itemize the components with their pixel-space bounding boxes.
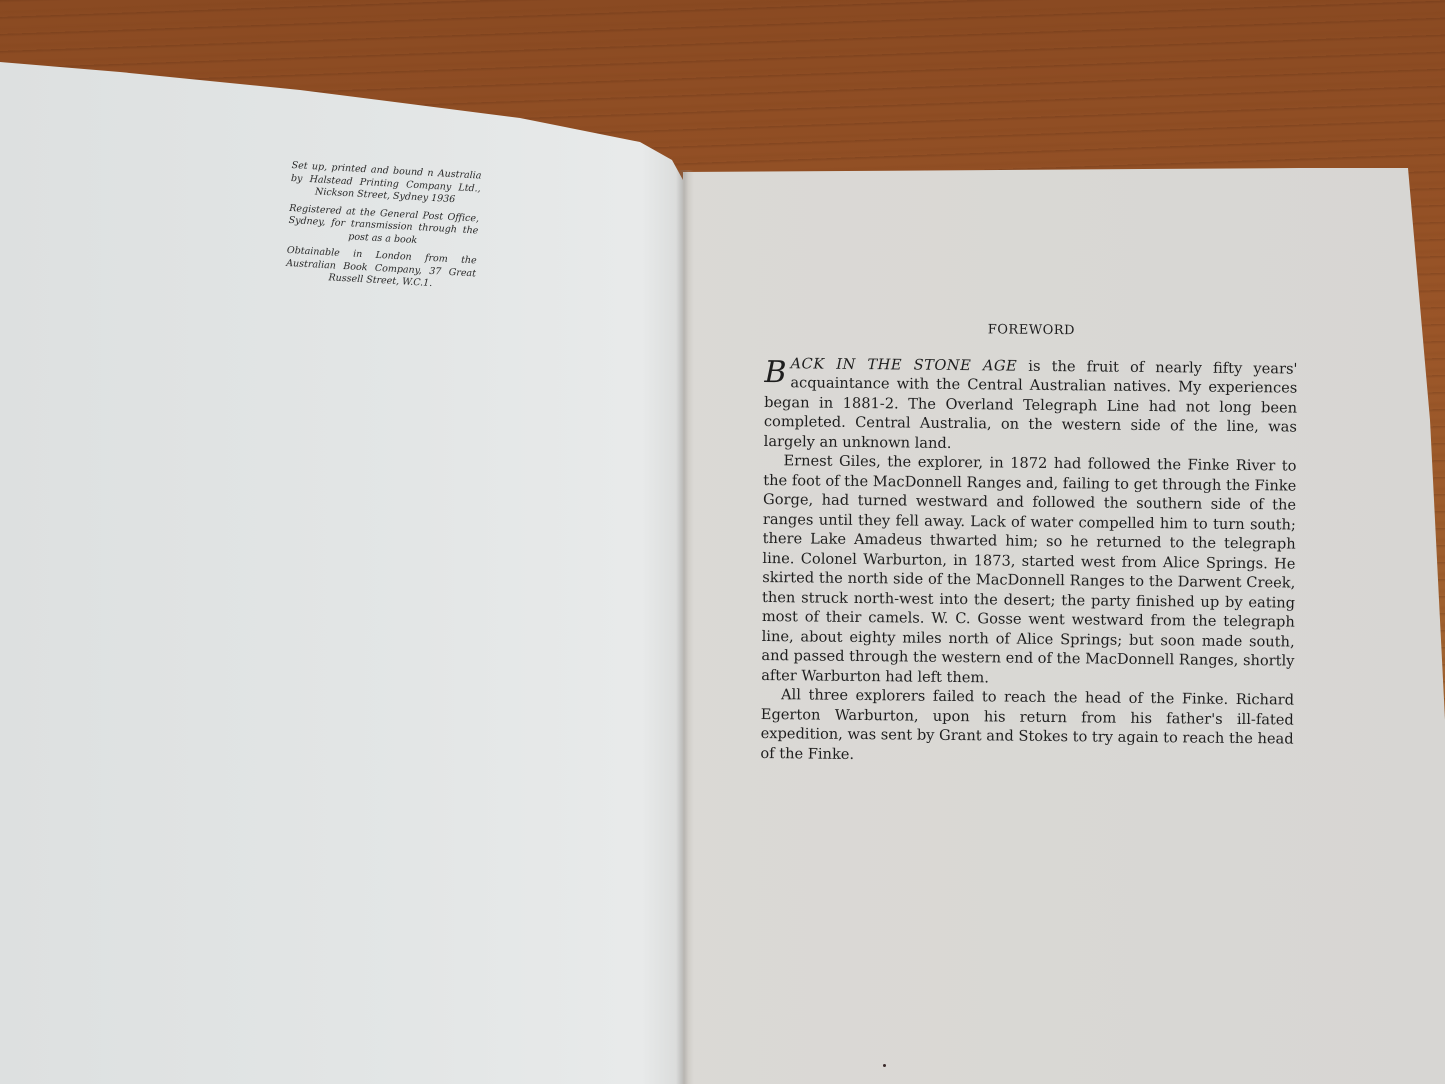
foreword-paragraph-1: BACK IN THE STONE AGE is the fruit of ne… — [764, 353, 1298, 456]
page-speck — [883, 1064, 886, 1067]
imprint-london: Obtainable in London from the Australian… — [285, 245, 477, 293]
foreword-paragraph-3: All three explorers failed to reach the … — [760, 685, 1294, 769]
book-gutter — [676, 170, 694, 1084]
publisher-imprint: Set up, printed and bound n Australia by… — [285, 160, 482, 298]
foreword-section: FOREWORD BACK IN THE STONE AGE is the fr… — [760, 318, 1298, 769]
imprint-registration: Registered at the General Post Office, S… — [288, 202, 480, 250]
foreword-heading: FOREWORD — [765, 318, 1298, 343]
book-title: ACK IN THE STONE AGE — [790, 355, 1017, 374]
foreword-paragraph-2: Ernest Giles, the explorer, in 1872 had … — [761, 451, 1296, 691]
drop-cap: B — [764, 359, 786, 385]
